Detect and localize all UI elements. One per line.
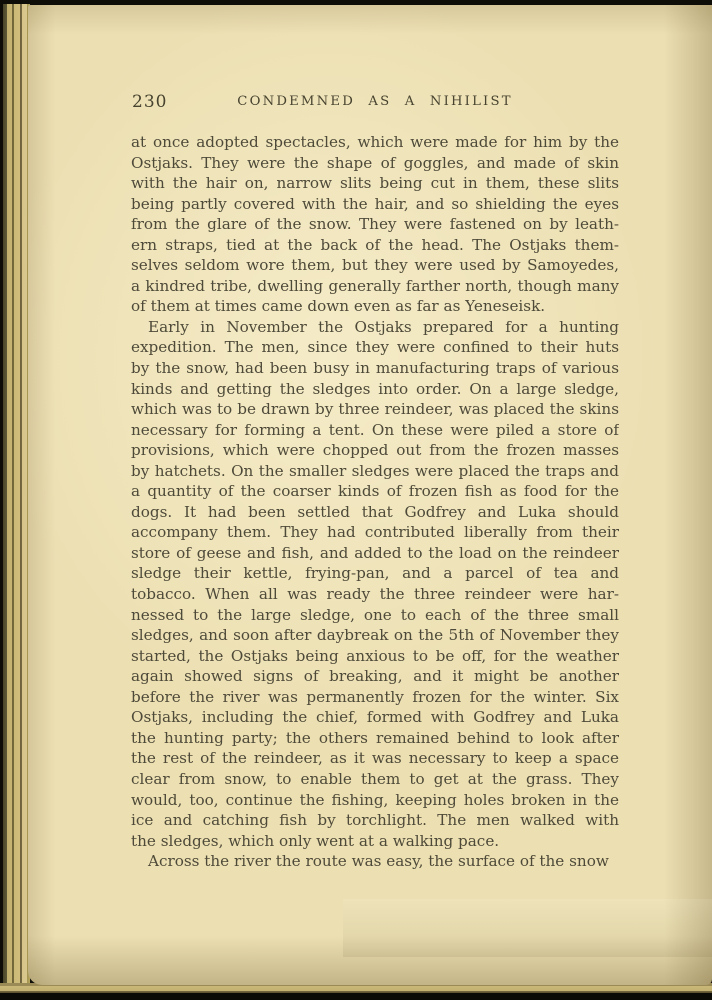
text-line: Early in November the Ostjaks prepared f… (131, 317, 619, 338)
text-line: Ostjaks. They were the shape of goggles,… (131, 153, 619, 174)
text-line: which was to be drawn by three reindeer,… (131, 399, 619, 420)
text-line: being partly covered with the hair, and … (131, 194, 619, 215)
text-line: by hatchets. On the smaller sledges were… (131, 461, 619, 482)
running-header: CONDEMNED AS A NIHILIST (131, 91, 619, 109)
text-line: dogs. It had been settled that Godfrey a… (131, 502, 619, 523)
text-line: sledge their kettle, frying-pan, and a p… (131, 563, 619, 584)
text-line: Across the river the route was easy, the… (131, 851, 619, 872)
text-line: provisions, which were chopped out from … (131, 440, 619, 461)
text-line: Ostjaks, including the chief, formed wit… (131, 707, 619, 728)
text-line: the rest of the reindeer, as it was nece… (131, 748, 619, 769)
text-line: again showed signs of breaking, and it m… (131, 666, 619, 687)
text-line: by the snow, had been busy in manufactur… (131, 358, 619, 379)
text-line: kinds and getting the sledges into order… (131, 379, 619, 400)
text-line: of them at times came down even as far a… (131, 296, 619, 317)
text-line: ice and catching fish by torchlight. The… (131, 810, 619, 831)
page-edges-bottom (0, 983, 712, 1000)
text-line: store of geese and fish, and added to th… (131, 543, 619, 564)
text-line: would, too, continue the fishing, keepin… (131, 790, 619, 811)
text-line: tobacco. When all was ready the three re… (131, 584, 619, 605)
page-header: 230 CONDEMNED AS A NIHILIST (131, 91, 619, 109)
text-line: the sledges, which only went at a walkin… (131, 831, 619, 852)
book-photo: 230 CONDEMNED AS A NIHILIST at once adop… (0, 0, 712, 1000)
text-line: necessary for forming a tent. On these w… (131, 420, 619, 441)
text-line: the hunting party; the others remained b… (131, 728, 619, 749)
text-line: at once adopted spectacles, which were m… (131, 132, 619, 153)
text-line: sledges, and soon after daybreak on the … (131, 625, 619, 646)
text-line: before the river was permanently frozen … (131, 687, 619, 708)
page-edges-left (0, 4, 30, 992)
text-line: with the hair on, narrow slits being cut… (131, 173, 619, 194)
book-page: 230 CONDEMNED AS A NIHILIST at once adop… (28, 5, 712, 985)
text-line: a kindred tribe, dwelling generally fart… (131, 276, 619, 297)
text-line: expedition. The men, since they were con… (131, 337, 619, 358)
text-line: started, the Ostjaks being anxious to be… (131, 646, 619, 667)
text-line: nessed to the large sledge, one to each … (131, 605, 619, 626)
text-line: selves seldom wore them, but they were u… (131, 255, 619, 276)
body-text: at once adopted spectacles, which were m… (131, 132, 619, 872)
text-line: ern straps, tied at the back of the head… (131, 235, 619, 256)
text-line: a quantity of the coarser kinds of froze… (131, 481, 619, 502)
text-line: from the glare of the snow. They were fa… (131, 214, 619, 235)
text-line: clear from snow, to enable them to get a… (131, 769, 619, 790)
text-line: accompany them. They had contributed lib… (131, 522, 619, 543)
page-number: 230 (132, 92, 167, 112)
